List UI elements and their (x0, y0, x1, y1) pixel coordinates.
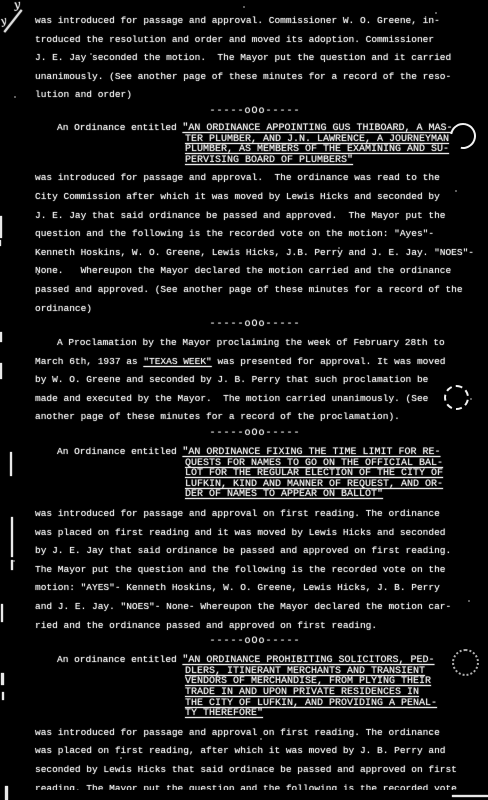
film-edge-mark (452, 795, 488, 797)
text-segment: question and the following is the record… (35, 228, 434, 239)
text-segment: was introduced for passage and approval.… (35, 172, 440, 183)
ordinance-title-line: "AN ORDINANCE APPOINTING GUS THIBOARD, A… (182, 123, 452, 134)
text-line: was introduced for passage and approval.… (35, 12, 475, 31)
scan-noise-dot (430, 733, 432, 735)
text-line: was introduced for passage and approval … (35, 724, 475, 743)
text-segment: lution and order) (35, 89, 132, 100)
film-edge-mark (0, 363, 2, 379)
text-segment: The Mayor put the question and the follo… (35, 564, 445, 575)
film-edge-mark (5, 786, 8, 800)
text-line: question and the following is the record… (35, 225, 475, 244)
film-edge-mark (2, 692, 4, 700)
text-line: ried and the ordinance passed and approv… (35, 617, 475, 636)
text-line: seconded by Lewis Hicks that said ordina… (35, 761, 475, 780)
hole-punch-ring-bottom (452, 649, 479, 676)
scanned-minutes-page: was introduced for passage and approval.… (0, 0, 488, 800)
ordinance-title-line: TRADE IN AND UPON PRIVATE RESIDENCES IN (185, 688, 475, 699)
scan-noise-dot (13, 560, 15, 562)
text-line: None. Whereupon the Mayor declared the m… (35, 262, 475, 281)
scan-noise-dot (120, 757, 122, 759)
text-line: by J. E. Jay that said ordinance be pass… (35, 542, 475, 561)
text-line: J. E. Jay that said ordinance be passed … (35, 207, 475, 226)
text-segment: None. Whereupon the Mayor declared the m… (35, 265, 451, 276)
text-line: unanimously. (See another page of these … (35, 68, 475, 87)
ordinance-plumbers-board: An Ordinance entitled "AN ORDINANCE APPO… (35, 123, 475, 166)
scan-noise-dot (455, 190, 457, 192)
text-segment: was introduced for passage and approval … (35, 727, 440, 738)
text-segment: Kenneth Hoskins, W. O. Greene, Lewis Hic… (35, 247, 474, 258)
paragraph-plumbers-vote: was introduced for passage and approval.… (35, 169, 475, 318)
text-line: was placed on first reading, after which… (35, 742, 475, 761)
scan-noise-dot (37, 273, 39, 275)
text-segment: and J. E. Jay. "NOES"- None- Whereupon t… (35, 601, 451, 612)
section-separator: -----oOo----- (35, 427, 475, 441)
text-line: The Mayor put the question and the follo… (35, 561, 475, 580)
text-segment: City Commission after which it was moved… (35, 191, 440, 202)
lead-text: An ordinance entitled (57, 654, 182, 665)
film-edge-mark (1, 604, 3, 622)
section-separator: -----oOo----- (35, 318, 475, 332)
film-edge-mark (0, 216, 2, 238)
text-line: lution and order) (35, 86, 475, 105)
text-segment: seconded by Lewis Hicks that said ordina… (35, 764, 457, 775)
text-line: was introduced for passage and approval.… (35, 169, 475, 188)
scan-noise-dot (90, 53, 92, 55)
scan-noise-dot (215, 455, 217, 457)
text-segment: passed and approved. (See another page o… (35, 284, 463, 295)
ordinance-title-line: TY THEREFORE" (185, 709, 475, 720)
text-segment: unanimously. (See another page of these … (35, 71, 451, 82)
ordinance-title-line: DER OF NAMES TO APPEAR ON BALLOT" (185, 490, 475, 501)
scan-noise-dot (338, 247, 340, 249)
text-segment: troduced the resolution and order and mo… (35, 34, 434, 45)
text-segment: was introduced for passage and approval … (35, 508, 440, 519)
text-segment: ordinance) (35, 303, 92, 314)
text-line: and J. E. Jay. "NOES"- None- Whereupon t… (35, 598, 475, 617)
text-segment: by W. O. Greene and seconded by J. B. Pe… (35, 374, 428, 385)
lead-text: An Ordinance entitled (57, 122, 182, 133)
text-line: ordinance) (35, 300, 475, 319)
section-separator: -----oOo----- (35, 105, 475, 119)
text-line: motion: "AYES"- Kenneth Hoskins, W. O. G… (35, 579, 475, 598)
text-segment: was placed on first reading, after which… (35, 745, 445, 756)
text-segment: ried and the ordinance passed and approv… (35, 620, 377, 631)
text-segment: another page of these minutes for a reco… (35, 411, 400, 422)
text-line: passed and approved. (See another page o… (35, 281, 475, 300)
text-segment: was presented for approval. It was moved (212, 356, 446, 367)
text-line: made and executed by the Mayor. The moti… (35, 390, 475, 409)
text-segment: by J. E. Jay that said ordinance be pass… (35, 545, 451, 556)
ordinance-title-line: PERVISING BOARD OF PLUMBERS" (185, 156, 475, 167)
scan-noise-dot (243, 6, 245, 8)
text-segment: made and executed by the Mayor. The moti… (35, 393, 428, 404)
scan-noise-dot (422, 342, 424, 344)
text-segment: motion: "AYES"- Kenneth Hoskins, W. O. G… (35, 582, 440, 593)
ordinance-title-line: "AN ORDINANCE PROHIBITING SOLICITORS, PE… (182, 655, 434, 666)
scan-noise-dot (14, 96, 16, 98)
text-line: was placed on first reading and it was m… (35, 524, 475, 543)
scan-noise-dot (300, 688, 302, 690)
text-line: City Commission after which it was moved… (35, 188, 475, 207)
text-segment: A Proclamation by the Mayor proclaiming … (57, 337, 445, 348)
text-segment: J. E. Jay seconded the motion. The Mayor… (35, 52, 451, 63)
paragraph-ballot-vote: was introduced for passage and approval … (35, 505, 475, 635)
cutoff-bottom-line: reading. The Mayor put the question and … (35, 783, 475, 790)
text-line: by W. O. Greene and seconded by J. B. Pe… (35, 371, 475, 390)
scan-noise-dot (260, 738, 262, 740)
film-edge-mark (0, 332, 2, 342)
ordinance-title-line: "AN ORDINANCE FIXING THE TIME LIMIT FOR … (182, 447, 440, 458)
text-line: A Proclamation by the Mayor proclaiming … (35, 334, 475, 353)
film-edge-mark (10, 452, 12, 476)
section-separator: -----oOo----- (35, 635, 475, 649)
ordinance-solicitors: An ordinance entitled "AN ORDINANCE PROH… (35, 655, 475, 720)
scan-noise-dot (435, 12, 437, 14)
scan-noise-dot (468, 600, 470, 602)
film-edge-mark (1, 673, 4, 685)
document-text-column: was introduced for passage and approval.… (35, 12, 475, 790)
ordinance-ballot-time-limit: An Ordinance entitled "AN ORDINANCE FIXI… (35, 447, 475, 501)
paragraph-texas-week: A Proclamation by the Mayor proclaiming … (35, 334, 475, 427)
paragraph-solicitors-reading: was introduced for passage and approval … (35, 724, 475, 780)
text-segment: was placed on first reading and it was m… (35, 527, 445, 538)
hole-punch-ring-middle (444, 385, 469, 410)
text-segment: was introduced for passage and approval.… (35, 15, 440, 26)
text-segment: March 6th, 1937 as (35, 356, 143, 367)
text-line: J. E. Jay seconded the motion. The Mayor… (35, 49, 475, 68)
paragraph-resolution: was introduced for passage and approval.… (35, 12, 475, 105)
text-line: reading. The Mayor put the question and … (35, 783, 475, 790)
lead-text: An Ordinance entitled (57, 446, 182, 457)
scan-noise-dot (470, 398, 472, 400)
film-edge-mark (0, 240, 1, 246)
text-line: Kenneth Hoskins, W. O. Greene, Lewis Hic… (35, 244, 475, 263)
text-line: troduced the resolution and order and mo… (35, 31, 475, 50)
text-line: was introduced for passage and approval … (35, 505, 475, 524)
underlined-phrase: "TEXAS WEEK" (143, 356, 211, 367)
film-edge-mark (11, 517, 13, 557)
text-line: another page of these minutes for a reco… (35, 408, 475, 427)
text-line: March 6th, 1937 as "TEXAS WEEK" was pres… (35, 353, 475, 372)
text-segment: J. E. Jay that said ordinance be passed … (35, 210, 445, 221)
